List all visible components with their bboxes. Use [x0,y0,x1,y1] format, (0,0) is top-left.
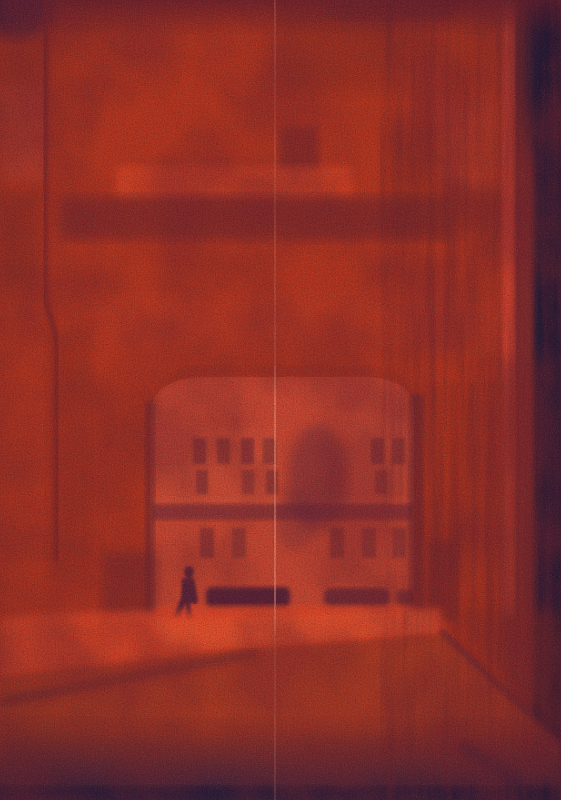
red-print-photograph [0,0,561,800]
photo-canvas [0,0,561,800]
film-grain-light [0,0,561,800]
